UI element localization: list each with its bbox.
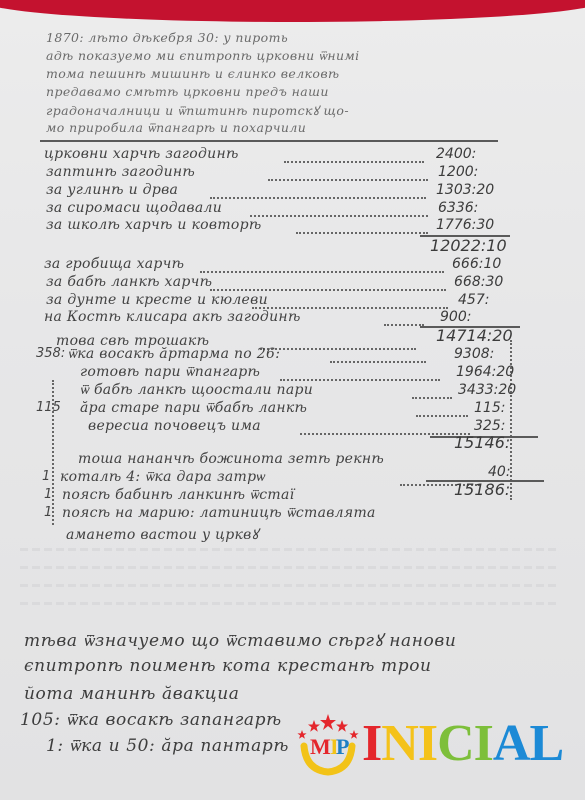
footer-line: 105: ѿка восакѣ запангарѣ [20, 710, 282, 730]
bleed-through-text [20, 548, 560, 551]
income-label: амането вастои у црквꙋ [66, 525, 258, 544]
expense-label: за гробища харчѣ [44, 256, 184, 272]
income-amount: 9308: [454, 346, 494, 362]
leader-dots [260, 348, 416, 350]
bleed-through-text [20, 584, 560, 587]
expense-amount: 457: [458, 292, 489, 308]
header-line: мо приробила ѿпангарѣ и похарчили [46, 120, 306, 136]
leader-dots [330, 361, 426, 363]
header-line: предавамо смѣтѣ црковни предъ наши [46, 84, 329, 99]
header-line: адѣ показуемо ми єпитропѣ црковни ѿнимі [46, 48, 360, 64]
income-label: ӑра старе пари ѿбабѣ ланкѣ [80, 400, 307, 417]
logo-letter: L [529, 714, 563, 774]
logo-letter: I [474, 714, 493, 774]
income-amount: 115: [474, 400, 505, 416]
income-amount: 325: [474, 418, 505, 434]
svg-text:M: M [310, 734, 331, 759]
expense-amount: 6336: [438, 200, 478, 216]
logo-letter: N [381, 714, 418, 774]
expense-amount: 2400: [436, 146, 476, 162]
leader-dots [268, 179, 428, 181]
income-prefix: 115 [36, 400, 61, 415]
logo-letter: I [418, 714, 437, 774]
leader-dots [200, 271, 444, 273]
leader-dots [210, 289, 446, 291]
expense-label: за углинѣ и дрва [46, 182, 178, 198]
income-total: 15186: [454, 480, 510, 499]
income-label: ѿка восакѣ ӑртарма по 26: [68, 346, 280, 363]
expense-total: 14714:20 [436, 326, 513, 345]
leader-dots [284, 161, 424, 163]
income-label: ѿ бабѣ ланкѣ щоостали пари [80, 382, 313, 399]
income-prefix: 1 [44, 505, 52, 520]
leader-dots [210, 197, 426, 199]
footer-line: єпитропѣ поименѣ кота крестанѣ трои [24, 656, 432, 676]
header-divider [40, 140, 498, 142]
footer-line: 1: ѿка и 50: ӑра пантарѣ [46, 736, 289, 756]
footer-line: йота манинѣ ӑвакциа [24, 684, 239, 704]
income-subtotal: 15146: [454, 433, 510, 452]
leader-dots [416, 415, 468, 417]
expense-label: за сиромаси щодавали [46, 200, 222, 216]
header-line: тома пешинѣ мишинѣ и єлинко велковѣ [46, 66, 339, 81]
header-line: градоначалници и ѿпштинѣ пиротскꙋ що- [46, 102, 349, 119]
expense-amount: 1200: [438, 164, 478, 180]
leader-dots [300, 433, 470, 435]
income-prefix: 1 [42, 469, 50, 484]
leader-dots [280, 379, 440, 381]
income-prefix: 358: [36, 346, 65, 361]
income-label: поясѣ бабинѣ ланкинѣ ѿстаї [62, 487, 294, 504]
mp-emblem-icon: M I P [296, 712, 360, 776]
expense-label: за бабѣ ланкѣ харчѣ [46, 274, 212, 290]
leader-dots [384, 324, 424, 326]
expense-amount: 1776:30 [436, 217, 494, 233]
income-amount: 40: [488, 464, 511, 480]
income-prefix: 1 [44, 487, 52, 502]
income-label: вересиа почовецъ има [88, 418, 261, 434]
logo-wordmark: INICIAL [362, 714, 563, 774]
income-amount: 1964:20 [456, 364, 514, 380]
leader-dots [412, 397, 452, 399]
logo-letter: A [493, 714, 530, 774]
expense-amount: 900: [440, 309, 471, 325]
logo-letter: C [437, 714, 474, 774]
income-label: поясѣ на марию: латиницѣ ѿставлята [62, 505, 376, 522]
expense-label: за школѣ харчѣ и ковторѣ [46, 217, 262, 233]
expense-label: заптинѣ загодинѣ [46, 164, 195, 180]
inicial-logo-watermark: M I P INICIAL [296, 712, 566, 778]
expense-amount: 1303:20 [436, 182, 494, 198]
leader-dots [250, 215, 428, 217]
expense-label: црковни харчѣ загодинѣ [44, 146, 239, 162]
logo-letter: I [362, 714, 381, 774]
income-label: коталѣ 4: ѿка дара затрѡ [60, 469, 266, 486]
expense-label: на Костѣ клисара акѣ загодинѣ [44, 309, 301, 325]
income-label: тоша нананчѣ божинота зетѣ рекнѣ [78, 451, 384, 467]
bleed-through-text [20, 602, 560, 605]
expense-label: за дунте и кресте и кюлеви [46, 292, 268, 308]
expense-amount: 668:30 [454, 274, 503, 290]
svg-text:P: P [336, 734, 349, 759]
header-line: 1870: лѣто дѣкебря 30: у пироть [46, 30, 288, 45]
expense-subtotal: 12022:10 [430, 236, 507, 255]
bleed-through-text [20, 566, 560, 569]
expense-amount: 666:10 [452, 256, 501, 272]
income-label: готовѣ пари ѿпангарѣ [80, 364, 260, 381]
footer-line: тѣва ѿзначуемо що ѿставимо сѣргꙋ нанови [24, 628, 456, 651]
leader-dots [296, 232, 428, 234]
income-amount: 3433:20 [458, 382, 516, 398]
